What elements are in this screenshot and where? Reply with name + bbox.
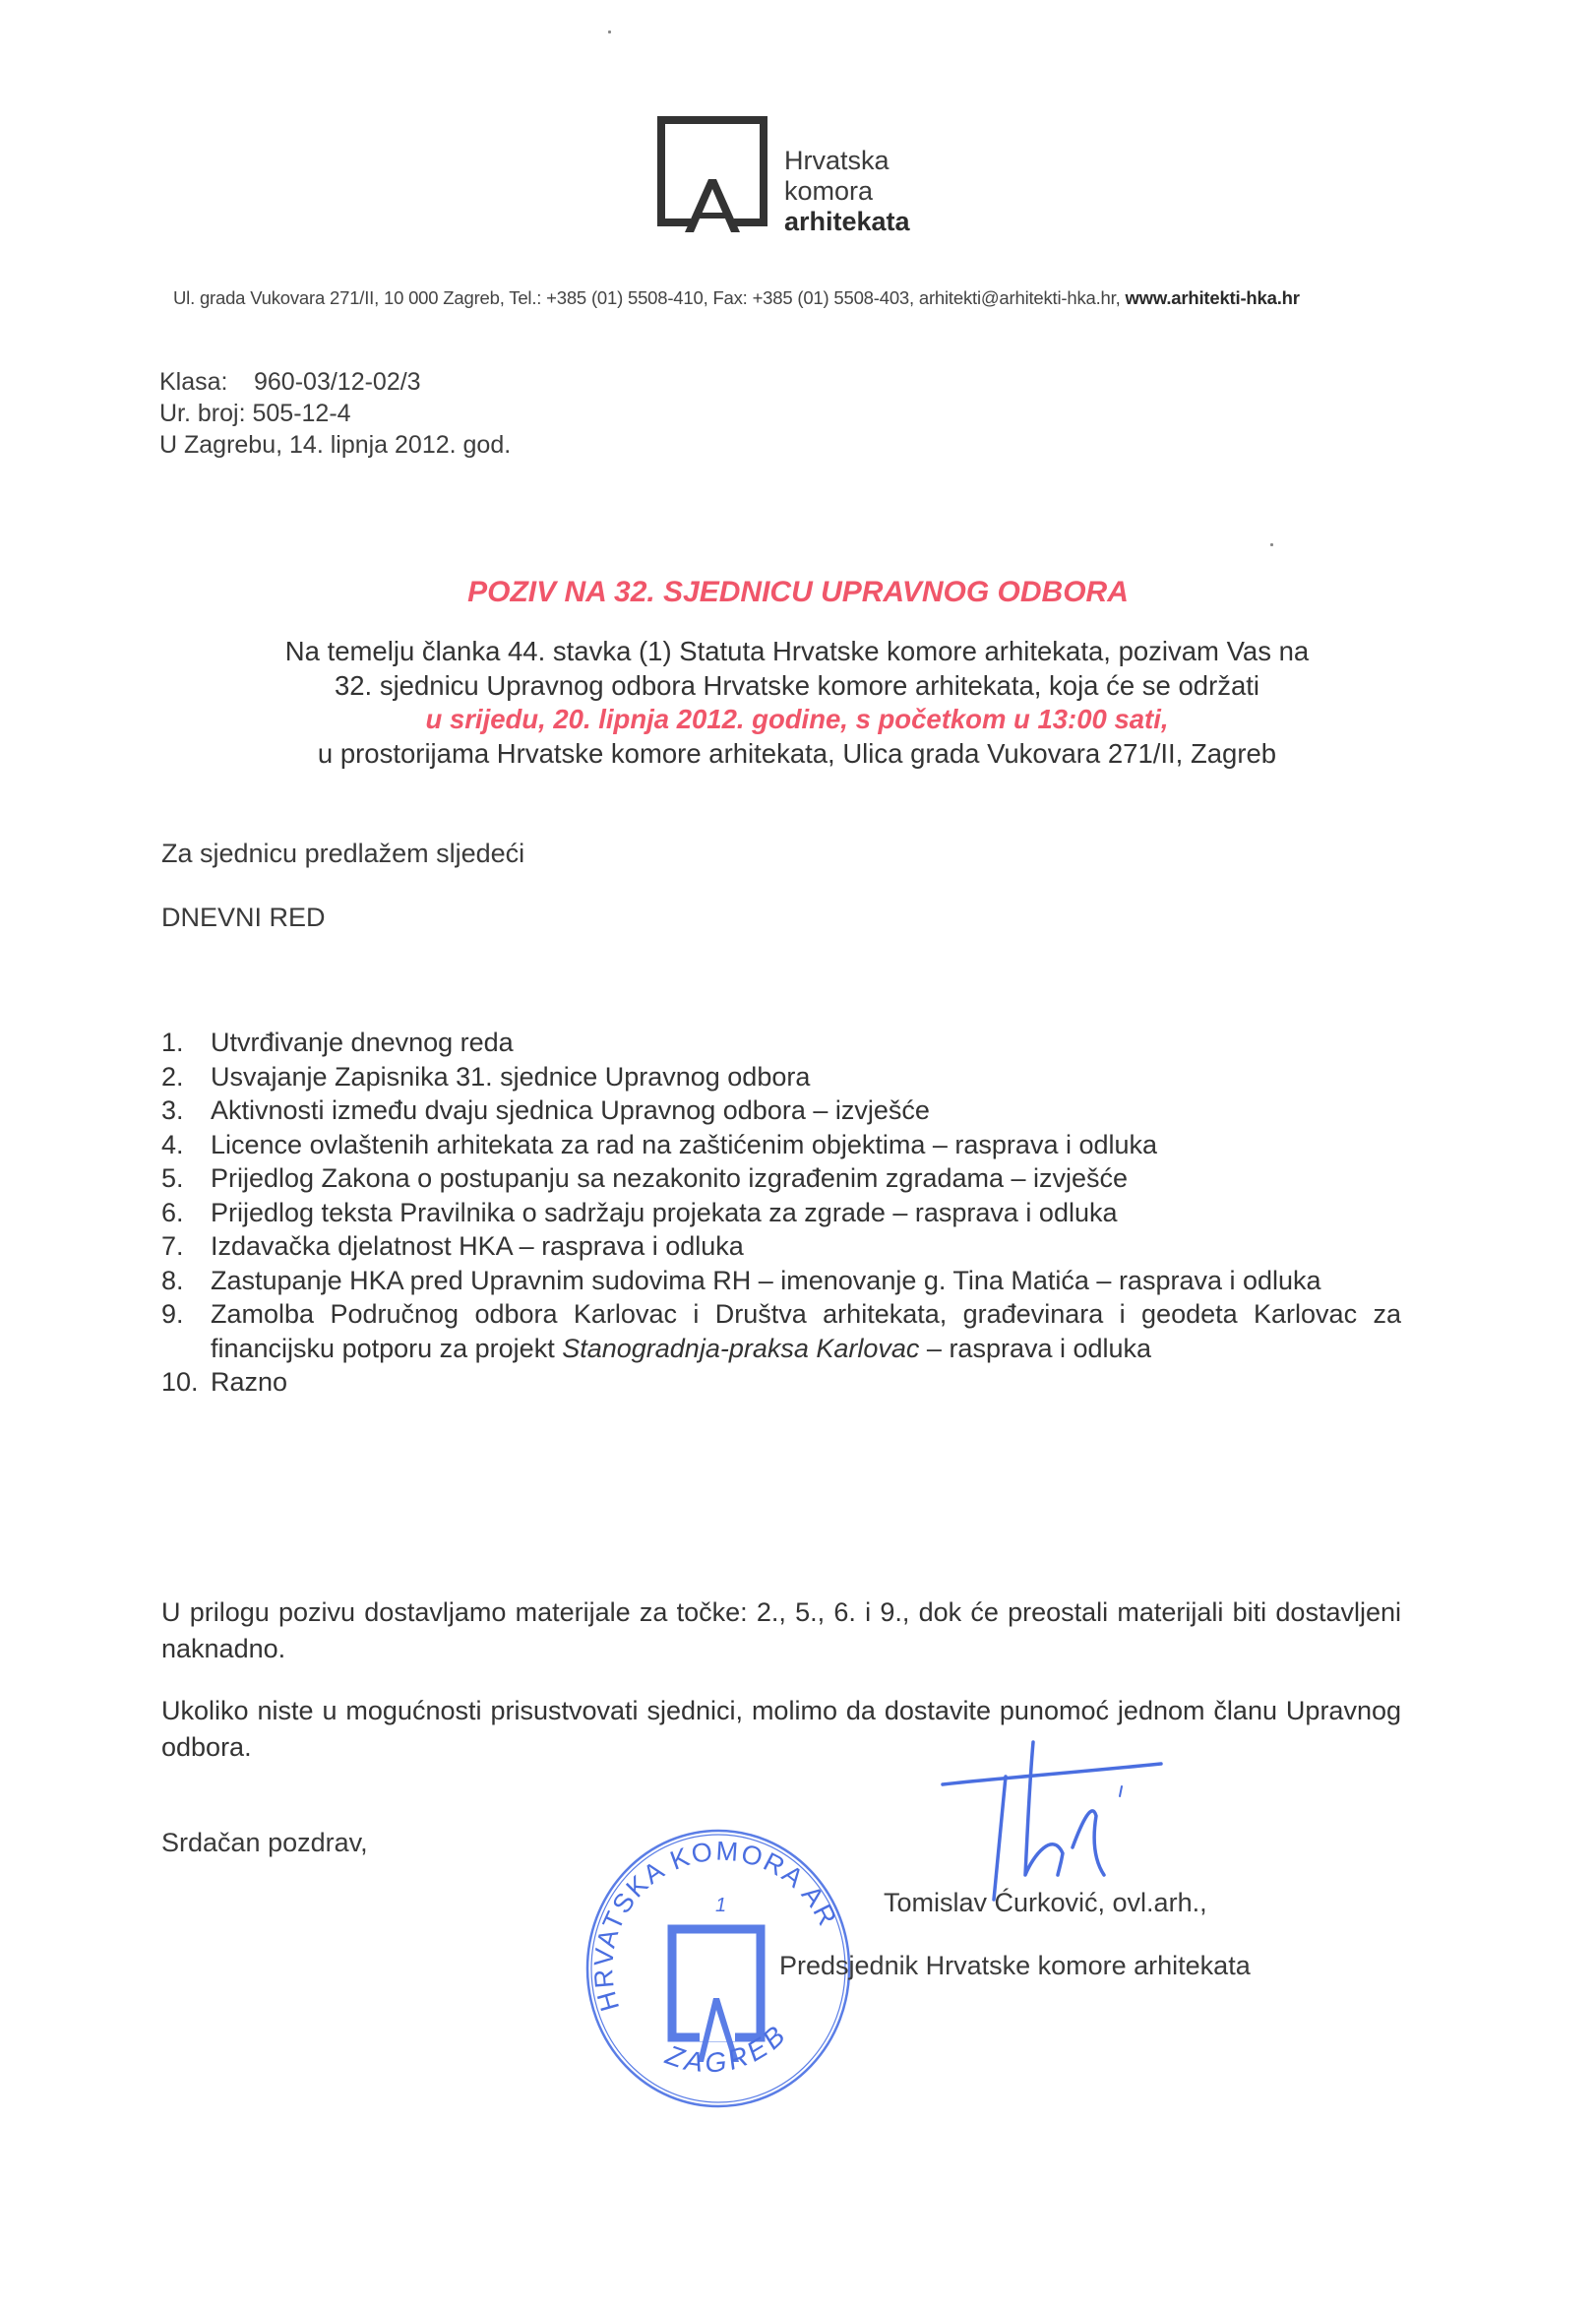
agenda-text: Prijedlog teksta Pravilnika o sadržaju p… — [211, 1196, 1401, 1230]
place-date: U Zagrebu, 14. lipnja 2012. god. — [159, 429, 511, 461]
klasa-value: 960-03/12-02/3 — [254, 368, 421, 396]
urbroj-value: 505-12-4 — [252, 400, 350, 427]
agenda-number: 8. — [161, 1264, 211, 1298]
intro-line: Na temelju članka 44. stavka (1) Statuta… — [157, 635, 1437, 669]
agenda-item: 9.Zamolba Područnog odbora Karlovac i Dr… — [161, 1297, 1401, 1365]
agenda-number: 5. — [161, 1161, 211, 1196]
signature-icon — [935, 1737, 1171, 1905]
agenda-item: 4.Licence ovlaštenih arhitekata za rad n… — [161, 1128, 1401, 1162]
agenda-number: 7. — [161, 1229, 211, 1264]
urbroj-label: Ur. broj: — [159, 400, 246, 427]
logo-line: Hrvatska — [784, 146, 910, 176]
propose-text: Za sjednicu predlažem sljedeći — [161, 839, 524, 869]
agenda-text: Aktivnosti između dvaju sjednica Upravno… — [211, 1093, 1401, 1128]
agenda-text: Izdavačka djelatnost HKA – rasprava i od… — [211, 1229, 1401, 1264]
agenda-item: 6.Prijedlog teksta Pravilnika o sadržaju… — [161, 1196, 1401, 1230]
agenda-number: 2. — [161, 1060, 211, 1094]
klasa-label: Klasa: — [159, 366, 254, 398]
agenda-number: 1. — [161, 1026, 211, 1060]
agenda-item: 8.Zastupanje HKA pred Upravnim sudovima … — [161, 1264, 1401, 1298]
agenda-number: 6. — [161, 1196, 211, 1230]
svg-text:HRVATSKA KOMORA ARHITEKATA: HRVATSKA KOMORA ARHITEKATA — [576, 1821, 843, 2015]
agenda-text: Usvajanje Zapisnika 31. sjednice Upravno… — [211, 1060, 1401, 1094]
agenda-text-part: – rasprava i odluka — [919, 1334, 1151, 1363]
agenda-item: 5.Prijedlog Zakona o postupanju sa nezak… — [161, 1161, 1401, 1196]
logo-wordmark: Hrvatska komora arhitekata — [784, 146, 910, 237]
document-title: POZIV NA 32. SJEDNICU UPRAVNOG ODBORA — [0, 576, 1596, 609]
logo-line: komora — [784, 176, 910, 207]
address-text: Ul. grada Vukovara 271/II, 10 000 Zagreb… — [173, 287, 1121, 308]
hka-logo-icon — [657, 116, 767, 232]
scan-speck — [1270, 543, 1273, 546]
agenda-heading: DNEVNI RED — [161, 903, 326, 933]
agenda-item: 1.Utvrđivanje dnevnog reda — [161, 1026, 1401, 1060]
stamp-top-text: HRVATSKA KOMORA ARHITEKATA — [576, 1821, 843, 2015]
agenda-text: Zamolba Područnog odbora Karlovac i Druš… — [211, 1297, 1401, 1365]
attachments-note: U prilogu pozivu dostavljamo materijale … — [161, 1594, 1401, 1667]
agenda-item: 10.Razno — [161, 1365, 1401, 1400]
signer-name: Tomislav Ćurković, ovl.arh., — [884, 1888, 1207, 1918]
agenda-number: 9. — [161, 1297, 211, 1365]
agenda-list: 1.Utvrđivanje dnevnog reda 2.Usvajanje Z… — [161, 1026, 1401, 1400]
letterhead-address: Ul. grada Vukovara 271/II, 10 000 Zagreb… — [173, 287, 1300, 309]
intro-line: u prostorijama Hrvatske komore arhitekat… — [157, 737, 1437, 772]
project-name: Stanogradnja-praksa Karlovac — [562, 1334, 919, 1363]
agenda-text: Prijedlog Zakona o postupanju sa nezakon… — [211, 1161, 1401, 1196]
logo-line: arhitekata — [784, 207, 910, 237]
agenda-item: 2.Usvajanje Zapisnika 31. sjednice Uprav… — [161, 1060, 1401, 1094]
greeting: Srdačan pozdrav, — [161, 1828, 368, 1858]
intro-line: 32. sjednicu Upravnog odbora Hrvatske ko… — [157, 669, 1437, 704]
agenda-text: Zastupanje HKA pred Upravnim sudovima RH… — [211, 1264, 1401, 1298]
agenda-item: 7.Izdavačka djelatnost HKA – rasprava i … — [161, 1229, 1401, 1264]
stamp-number: 1 — [715, 1895, 726, 1916]
agenda-text: Utvrđivanje dnevnog reda — [211, 1026, 1401, 1060]
proxy-note: Ukoliko niste u mogućnosti prisustvovati… — [161, 1693, 1401, 1766]
agenda-text: Licence ovlaštenih arhitekata za rad na … — [211, 1128, 1401, 1162]
meeting-datetime: u srijedu, 20. lipnja 2012. godine, s po… — [157, 703, 1437, 737]
scan-speck — [608, 31, 611, 33]
agenda-text: Razno — [211, 1365, 1401, 1400]
agenda-number: 10. — [161, 1365, 211, 1400]
agenda-number: 4. — [161, 1128, 211, 1162]
agenda-number: 3. — [161, 1093, 211, 1128]
document-meta: Klasa:960-03/12-02/3 Ur. broj: 505-12-4 … — [159, 366, 511, 461]
website-link[interactable]: www.arhitekti-hka.hr — [1125, 287, 1299, 308]
signer-title: Predsjednik Hrvatske komore arhitekata — [779, 1951, 1251, 1981]
intro-paragraph: Na temelju članka 44. stavka (1) Statuta… — [157, 635, 1437, 771]
agenda-item: 3.Aktivnosti između dvaju sjednica Uprav… — [161, 1093, 1401, 1128]
